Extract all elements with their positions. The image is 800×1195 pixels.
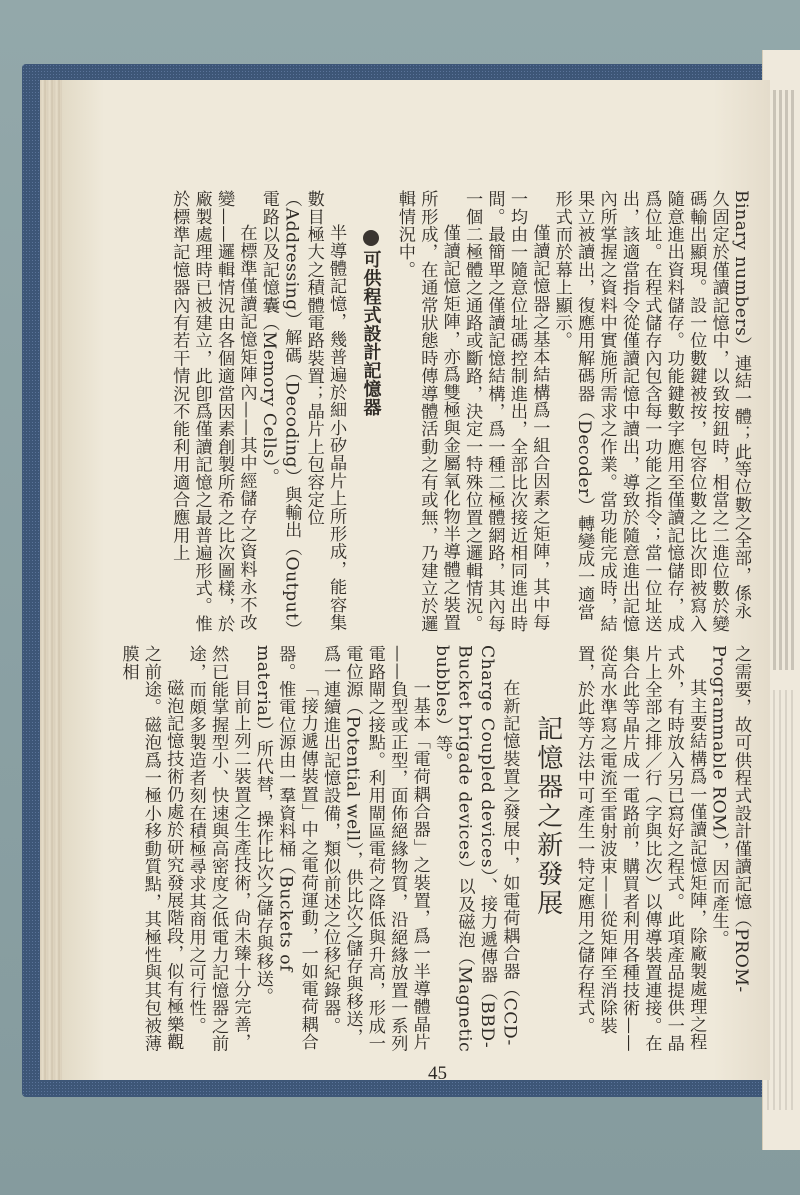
- paragraph: 在新記憶裝置之發展中，如電荷耦合器（CCD-Charge Coupled dev…: [431, 645, 521, 1055]
- paragraph: 之需要，故可供程式設計僅讀記憶（PROM-Programmable ROM），因…: [707, 645, 752, 1055]
- facing-page-text-shadow-lower: [767, 690, 797, 1110]
- section-heading-new-developments: 記憶器之新發展: [536, 645, 558, 1055]
- paragraph: 一基本「電荷耦合器」之裝置，爲一半導體晶片——負型或正型，面佈絕緣物質，沿絕緣放…: [319, 645, 431, 1055]
- paragraph: 僅讀記憶矩陣，亦爲雙極與金屬氧化物半導體之裝置所形成，在通常狀態時傳導體活動之有…: [394, 190, 461, 635]
- paragraph: Binary numbers）連結一體；此等位數之全部，係永久固定於僅讀記憶中，…: [550, 190, 752, 635]
- paragraph: 在標準僅讀記憶矩陣內——其中經儲存之資料永不改變——邏輯情況由各個適當因素創製所…: [168, 190, 258, 635]
- page-edges: [40, 80, 62, 1080]
- bottom-text-band: 之需要，故可供程式設計僅讀記憶（PROM-Programmable ROM），因…: [132, 645, 752, 1055]
- bullet-icon: [363, 230, 379, 246]
- paragraph: 目前上列二裝置之生產技術，尙未臻十分完善，然已能掌握型小、快速與高密度之低電力記…: [184, 645, 251, 1055]
- section-heading-text: 可供程式設計記憶器: [361, 250, 382, 417]
- section-heading-prom: 可供程式設計記憶器: [359, 190, 381, 635]
- top-text-band: Binary numbers）連結一體；此等位數之全部，係永久固定於僅讀記憶中，…: [132, 190, 752, 635]
- page-number: 45: [428, 1063, 447, 1085]
- paragraph: 磁泡記憶技術仍處於研究發展階段，似有極樂觀之前途。磁泡爲一極小移動質點，其極性與…: [117, 645, 184, 1055]
- paragraph: 其主要結構爲一僅讀記憶矩陣，除廠製處理之程式外，有時放入另已寫好之程式。此項產品…: [573, 645, 707, 1055]
- paragraph: 半導體記憶，幾普遍於細小矽晶片上所形成，能容集數目極大之積體電路裝置；晶片上包容…: [257, 190, 347, 635]
- paragraph: 「接力遞傳裝置」中之電荷運動，一如電荷耦合器。惟電位源由一羣資料桶（Bucket…: [251, 645, 318, 1055]
- paragraph: 僅讀記憶器之基本結構爲一組合因素之矩陣，其中每一均由一隨意位址碼控制進出，全部比…: [461, 190, 551, 635]
- facing-page-text-shadow: [767, 90, 797, 670]
